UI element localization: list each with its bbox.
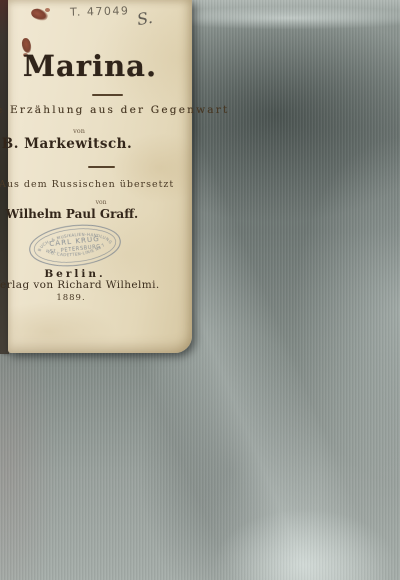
publisher-line: Verlag von Richard Wilhelmi.: [0, 279, 149, 291]
translator-name: Wilhelm Paul Graff.: [0, 207, 144, 221]
title-page: T. 47049 S. Marina. e Erzählung aus der …: [8, 0, 192, 353]
author-name: B. Markewitsch.: [0, 136, 136, 152]
bookseller-oval-stamp: BUCH- & MUSIKALIEN-HANDLUNG CARL KRUG St…: [26, 219, 124, 272]
handwritten-shelfmark: T. 47049: [70, 4, 130, 19]
byline-prefix: von: [0, 127, 164, 135]
translator-prefix: von: [16, 199, 186, 206]
publication-year: 1889.: [0, 293, 142, 303]
book-title: Marina.: [2, 49, 178, 83]
translation-note: Aus dem Russischen übersetzt: [0, 179, 163, 190]
divider-rule: [92, 94, 123, 96]
ink-stain-dot: [45, 8, 50, 12]
scanned-book-photo: T. 47049 S. Marina. e Erzählung aus der …: [0, 0, 400, 580]
book-subtitle: e Erzählung aus der Gegenwart: [0, 104, 182, 116]
handwritten-initial: S.: [136, 8, 154, 29]
divider-rule: [88, 166, 115, 168]
